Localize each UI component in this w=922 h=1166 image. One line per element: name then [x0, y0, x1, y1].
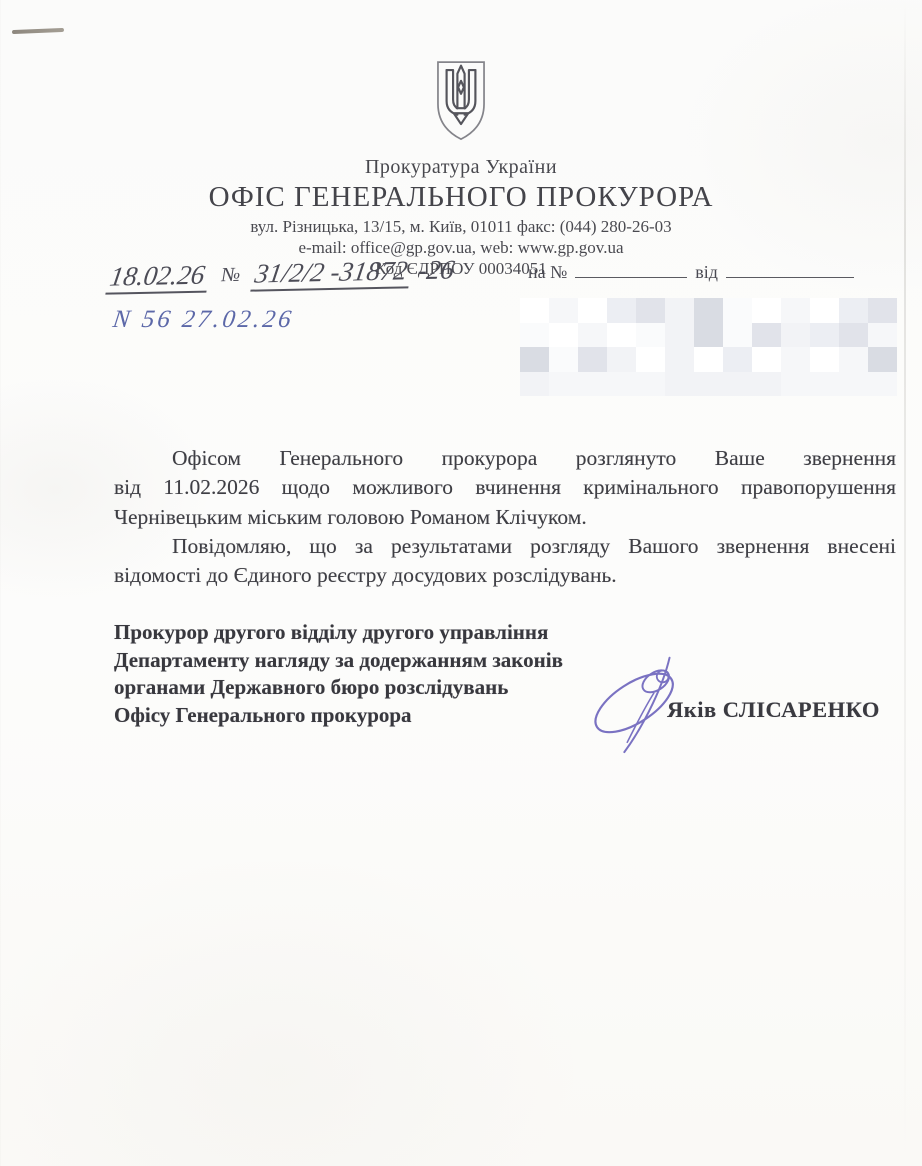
ref-number-blank-line	[575, 262, 687, 278]
signer-title-block: Прокурор другого відділу другого управлі…	[114, 619, 584, 729]
ukraine-trident-emblem-icon	[425, 55, 497, 147]
handwritten-ref-line: 18.02.26 № 31/2/2 -31872 -26	[106, 254, 457, 292]
org-name-small: Прокуратура України	[111, 156, 811, 179]
ref-vid-label: від	[695, 262, 718, 282]
signer-title-line: Офісу Генерального прокурора	[114, 702, 584, 730]
body-line: Офісом Генерального прокурора розглянуто…	[114, 444, 896, 473]
incoming-ref-row: на №від	[528, 262, 862, 283]
signer-title-line: органами Державного бюро розслідувань	[114, 674, 584, 702]
signer-title-line: Прокурор другого відділу другого управлі…	[114, 619, 584, 647]
scan-fold-edge	[904, 0, 906, 1166]
ref-na-label: на №	[528, 262, 567, 282]
body-line: Повідомляю, що за результатами розгляду …	[114, 532, 896, 561]
body-line: відомості до Єдиного реєстру досудових р…	[114, 561, 896, 590]
handwritten-number-tail: -26	[416, 254, 457, 285]
redacted-recipient-block	[520, 298, 897, 396]
address-line: вул. Різницька, 13/15, м. Київ, 01011 фа…	[111, 217, 811, 237]
numero-symbol: №	[219, 264, 242, 286]
body-line: від 11.02.2026 щодо можливого вчинення к…	[114, 473, 896, 502]
org-name-large: ОФІС ГЕНЕРАЛЬНОГО ПРОКУРОРА	[111, 181, 811, 214]
signer-title-line: Департаменту нагляду за додержанням зако…	[114, 647, 584, 675]
ref-date-blank-line	[726, 262, 854, 278]
scanned-letter-page: Прокуратура України ОФІС ГЕНЕРАЛЬНОГО ПР…	[0, 0, 922, 1166]
staple-scan-mark	[12, 28, 64, 34]
letterhead: Прокуратура України ОФІС ГЕНЕРАЛЬНОГО ПР…	[111, 55, 811, 279]
letter-body: Офісом Генерального прокурора розглянуто…	[114, 444, 896, 590]
handwritten-number: 31/2/2 -31872	[250, 255, 413, 291]
signer-name: Яків СЛІСАРЕНКО	[667, 697, 880, 723]
handwritten-note-line: N 56 27.02.26	[111, 306, 296, 334]
handwritten-date: 18.02.26	[105, 259, 211, 294]
body-line: Чернівецьким міським головою Романом Клі…	[114, 503, 896, 532]
contact-line: e-mail: office@gp.gov.ua, web: www.gp.go…	[111, 238, 811, 258]
